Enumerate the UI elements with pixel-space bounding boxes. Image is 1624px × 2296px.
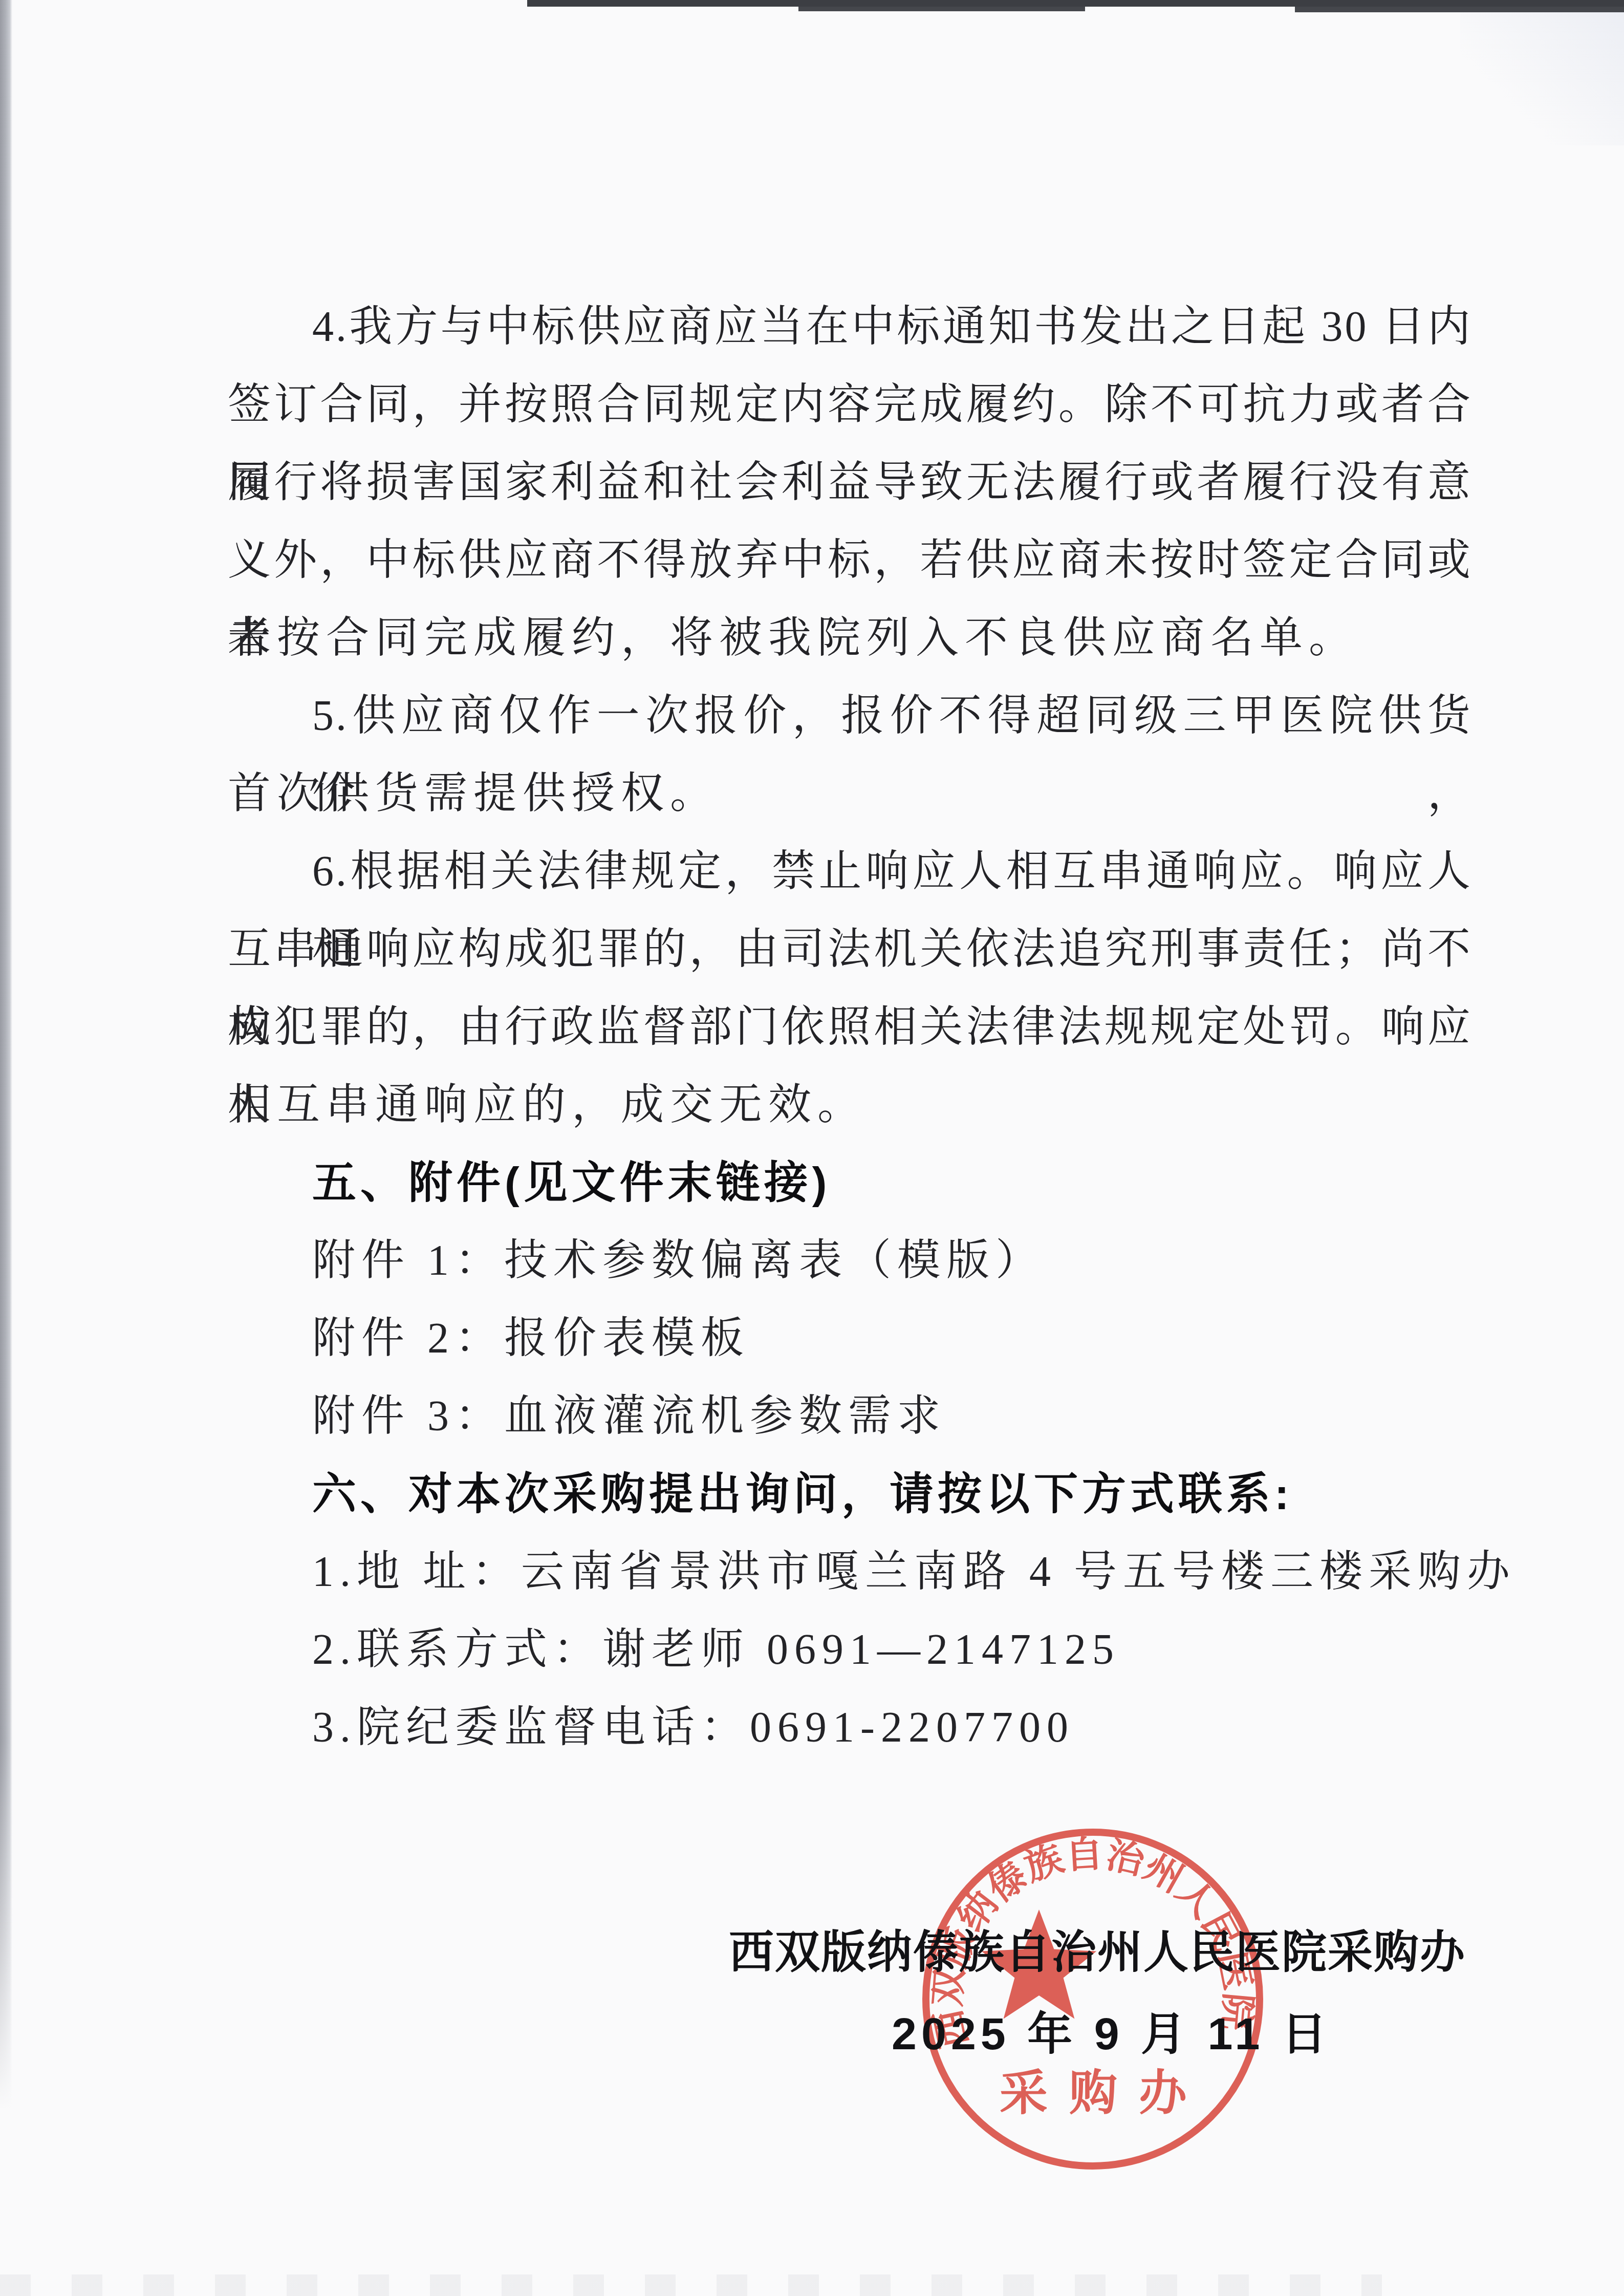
signature-date: 2025 年 9 月 11 日 <box>892 2001 1331 2067</box>
paragraph-line: 履行将损害国家利益和社会利益导致无法履行或者履行没有意 <box>228 444 1473 522</box>
attachment-item: 附件 1：技术参数偏离表（模版） <box>228 1222 1473 1300</box>
document-body: 4.我方与中标供应商应当在中标通知书发出之日起 30 日内 签订合同，并按照合同… <box>228 288 1473 1767</box>
seal-center-label: 采购办 <box>1000 2066 1208 2120</box>
scan-corner-shade <box>1460 12 1624 145</box>
section-heading-contact: 六、对本次采购提出询问，请按以下方式联系: <box>228 1455 1473 1533</box>
paragraph-line: 义外，中标供应商不得放弃中标，若供应商未按时签定合同或者 <box>228 522 1473 599</box>
scan-edge-top-step <box>1295 7 1624 12</box>
supervision-phone: 3.院纪委监督电话：0691-2207700 <box>228 1689 1473 1767</box>
attachment-item: 附件 2：报价表模板 <box>228 1300 1473 1378</box>
contact-address: 1.地 址：云南省景洪市嘎兰南路 4 号五号楼三楼采购办 <box>228 1533 1473 1611</box>
scan-edge-top-step <box>798 7 1085 11</box>
scan-noise-bottom <box>0 2274 1382 2296</box>
paragraph-line: 5.供应商仅作一次报价，报价不得超同级三甲医院供货价， <box>228 677 1473 755</box>
contact-phone: 2.联系方式：谢老师 0691—2147125 <box>228 1611 1473 1689</box>
official-seal-stamp: 西双版纳傣族自治州人民医院 采购办 <box>919 1825 1267 2173</box>
paragraph-line: 6.根据相关法律规定，禁止响应人相互串通响应。响应人相 <box>228 833 1473 911</box>
scan-edge-top <box>527 0 1624 7</box>
document-page: 4.我方与中标供应商应当在中标通知书发出之日起 30 日内 签订合同，并按照合同… <box>0 0 1624 2296</box>
paragraph-line: 相互串通响应的，成交无效。 <box>228 1066 1473 1144</box>
paragraph-line: 4.我方与中标供应商应当在中标通知书发出之日起 30 日内 <box>228 288 1473 366</box>
scan-edge-left-fade <box>0 1741 12 2130</box>
attachment-item: 附件 3：血液灌流机参数需求 <box>228 1378 1473 1455</box>
signature-organization: 西双版纳傣族自治州人民医院采购办 <box>729 1919 1466 1985</box>
paragraph-line: 成犯罪的，由行政监督部门依照相关法律法规规定处罚。响应人 <box>228 989 1473 1066</box>
section-heading-attachments: 五、附件(见文件末链接) <box>228 1144 1473 1222</box>
paragraph-line: 签订合同，并按照合同规定内容完成履约。除不可抗力或者合同 <box>228 366 1473 444</box>
paragraph-line: 互串通响应构成犯罪的，由司法机关依法追究刑事责任；尚不构 <box>228 911 1473 989</box>
paragraph-line: 未按合同完成履约，将被我院列入不良供应商名单。 <box>228 599 1473 677</box>
